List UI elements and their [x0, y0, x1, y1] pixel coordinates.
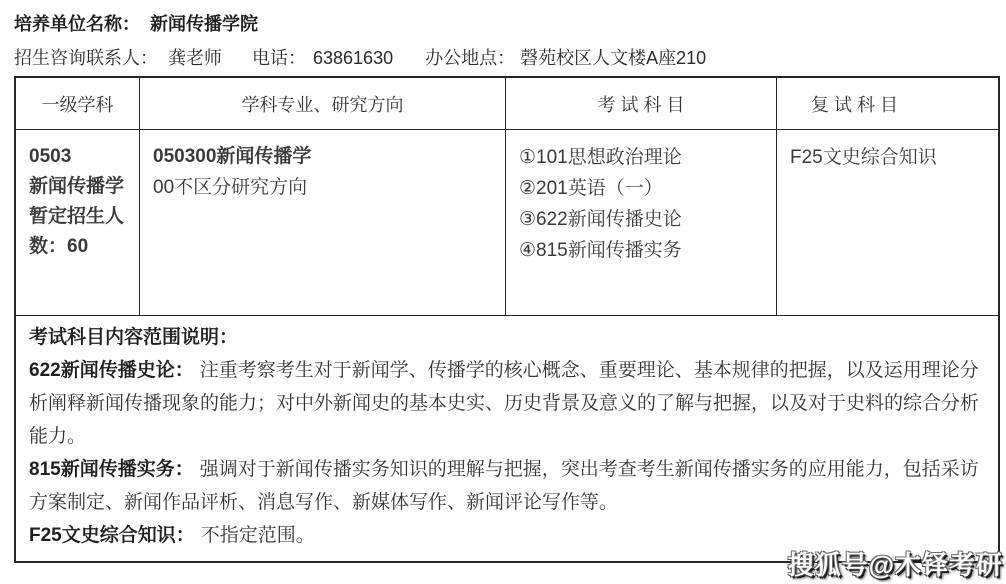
office-location: 磬苑校区人文楼A座210: [520, 48, 706, 68]
notes-title: 考试科目内容范围说明：: [29, 321, 985, 354]
contact-name: 龚老师: [168, 48, 222, 68]
exam-subject-2: ②201英语（一）: [519, 173, 763, 204]
sohu-account-watermark: 搜狐号@木铎考研: [788, 545, 1003, 582]
contact-info-line: 招生咨询联系人：龚老师电话：63861630办公地点：磬苑校区人文楼A座210: [14, 44, 706, 70]
enrollment-quota-line2: 数：60: [29, 232, 126, 262]
training-unit-name: 新闻传播学院: [150, 14, 258, 34]
header-discipline: 一级学科: [16, 78, 140, 130]
notes-section: 考试科目内容范围说明： 622新闻传播史论：注重考察考生对于新闻学、传播学的核心…: [16, 316, 998, 561]
retest-subject: F25文史综合知识: [790, 142, 985, 173]
exam-subject-1: ①101思想政治理论: [519, 142, 763, 173]
notes-item-622: 622新闻传播史论：注重考察考生对于新闻学、传播学的核心概念、重要理论、基本规律…: [29, 354, 985, 453]
discipline-code: 0503: [29, 142, 126, 172]
retest-subject-cell: F25文史综合知识: [777, 130, 998, 316]
notes-item-815-label: 815新闻传播实务：: [29, 459, 194, 480]
notes-item-622-label: 622新闻传播史论：: [29, 360, 194, 381]
major-code-name: 050300新闻传播学: [153, 142, 492, 172]
notes-item-815: 815新闻传播实务：强调对于新闻传播实务知识的理解与把握，突出考查考生新闻传播实…: [29, 453, 985, 519]
contact-label: 招生咨询联系人：: [14, 48, 158, 68]
research-direction: 00不区分研究方向: [153, 172, 492, 203]
exam-subjects-cell: ①101思想政治理论 ②201英语（一） ③622新闻传播史论 ④815新闻传播…: [506, 130, 777, 316]
notes-item-f25-text: 不指定范围。: [201, 525, 315, 546]
header-exam-subjects: 考 试 科 目: [506, 78, 777, 130]
notes-item-f25-label: F25文史综合知识：: [29, 525, 195, 546]
training-unit-line: 培养单位名称：新闻传播学院: [14, 10, 258, 36]
header-retest-subjects: 复 试 科 目: [777, 78, 998, 130]
header-major-direction: 学科专业、研究方向: [140, 78, 506, 130]
discipline-cell: 0503 新闻传播学 暂定招生人 数：60: [16, 130, 140, 316]
enrollment-quota-line1: 暂定招生人: [29, 202, 126, 232]
training-unit-label: 培养单位名称：: [14, 14, 140, 34]
phone-number: 63861630: [313, 48, 393, 68]
exam-subject-3: ③622新闻传播史论: [519, 204, 763, 235]
office-label: 办公地点：: [425, 48, 515, 68]
major-direction-cell: 050300新闻传播学 00不区分研究方向: [140, 130, 506, 316]
exam-subject-4: ④815新闻传播实务: [519, 235, 763, 266]
admissions-table: 一级学科 学科专业、研究方向 考 试 科 目 复 试 科 目 0503 新闻传播…: [14, 76, 1000, 563]
phone-label: 电话：: [252, 48, 306, 68]
discipline-name: 新闻传播学: [29, 172, 126, 202]
